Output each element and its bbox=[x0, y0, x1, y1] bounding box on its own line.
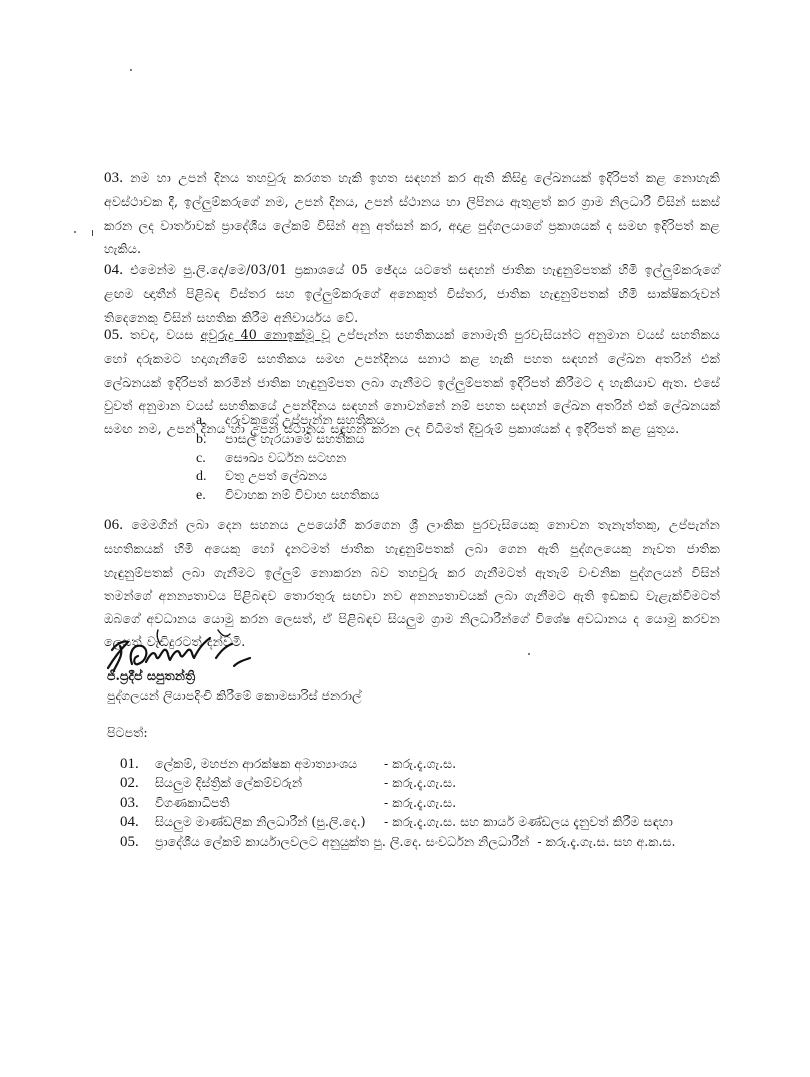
list-text: විවාහක නම් විවාහ සහතිකය bbox=[225, 487, 379, 502]
accepted-documents-list: a.දරුවකුගේ උප්පැන්න සහතිකය b.පාසල් හැරයා… bbox=[196, 411, 385, 505]
copy-recipient-row: 05.ප්‍රාදේශීය ලේකම් කාර්යාලවලට අනුයුක්ත … bbox=[120, 832, 676, 851]
paragraph-03: 03. නම හා උපන් දිනය තහවුරු කරගත හැකි ඉහත… bbox=[104, 166, 720, 260]
paragraph-number: 04. bbox=[104, 262, 123, 278]
copy-recipient: ලේකම්, මහජන ආරක්ෂක අමාත්‍යාංශය bbox=[155, 754, 357, 773]
underlined-age-condition: අවුරුදු 40 නොඉක්මූ වූ bbox=[200, 327, 330, 342]
signer-title: පුද්ගලයන් ලියාපදිංචි කිරීමේ කොමසාරිස් ජන… bbox=[107, 688, 362, 704]
list-item: e.විවාහක නම් විවාහ සහතිකය bbox=[196, 486, 385, 505]
signer-name: ජී.ප්‍රදීප් සපුතන්ත්‍රි bbox=[107, 668, 195, 684]
copy-number: 04. bbox=[120, 813, 155, 832]
paragraph-number: 05. bbox=[104, 327, 123, 343]
list-letter: e. bbox=[196, 487, 225, 506]
list-text: වතු උපත් ලේඛනය bbox=[225, 468, 327, 483]
paragraph-number: 03. bbox=[104, 170, 123, 186]
copy-action: - කරු.දැ.ගැ.ස. bbox=[384, 773, 456, 792]
copy-action: - කරු.දැ.ගැ.ස. bbox=[384, 793, 456, 812]
copy-recipient: ප්‍රාදේශීය ලේකම් කාර්යාලවලට අනුයුක්ත පු.… bbox=[155, 832, 529, 851]
copy-number: 02. bbox=[120, 774, 155, 793]
copy-number: 01. bbox=[120, 755, 155, 774]
paragraph-text: එමෙන්ම පු.ලි.දෙ/මෙ/03/01 ප්‍රකාශයේ 05 ඡේ… bbox=[104, 262, 720, 325]
list-letter: d. bbox=[196, 468, 225, 487]
copy-recipient-row: 03.විගණකාධිපති - කරු.දැ.ගැ.ස. bbox=[120, 793, 676, 812]
copy-action: - කරු.දැ.ගැ.ස. සහ අ.ක.ස. bbox=[537, 834, 675, 849]
list-text: පාසල් හැරයාමේ සහතිකය bbox=[225, 431, 365, 446]
scan-speck bbox=[74, 231, 76, 233]
list-item: b.පාසල් හැරයාමේ සහතිකය bbox=[196, 430, 385, 449]
paragraph-text: නම හා උපන් දිනය තහවුරු කරගත හැකි ඉහත සඳහ… bbox=[104, 170, 720, 256]
scan-speck bbox=[130, 69, 132, 71]
list-letter: a. bbox=[196, 412, 225, 431]
copy-recipient: සියලුම මාණ්ඩලික නිලධාරීන් (පු.ලි.දෙ.) bbox=[155, 812, 366, 831]
copies-heading: පිටපත්: bbox=[107, 725, 148, 741]
scan-mark bbox=[92, 230, 93, 236]
list-item: a.දරුවකුගේ උප්පැන්න සහතිකය bbox=[196, 411, 385, 430]
copy-recipient-row: 04.සියලුම මාණ්ඩලික නිලධාරීන් (පු.ලි.දෙ.)… bbox=[120, 812, 676, 831]
paragraph-number: 06. bbox=[104, 517, 123, 533]
copies-list: 01.ලේකම්, මහජන ආරක්ෂක අමාත්‍යාංශය - කරු.… bbox=[120, 754, 676, 851]
copy-recipient-row: 01.ලේකම්, මහජන ආරක්ෂක අමාත්‍යාංශය - කරු.… bbox=[120, 754, 676, 773]
scanned-letter-page: 03. නම හා උපන් දිනය තහවුරු කරගත හැකි ඉහත… bbox=[0, 0, 810, 1077]
list-letter: b. bbox=[196, 431, 225, 450]
copy-recipient: විගණකාධිපති bbox=[155, 793, 230, 812]
copy-action: - කරු.දැ.ගැ.ස. bbox=[384, 754, 456, 773]
copy-number: 05. bbox=[120, 833, 155, 852]
copy-action: - කරු.දැ.ගැ.ස. සහ කාර්ය මණ්ඩලය දැනුවත් ක… bbox=[384, 812, 673, 831]
list-item: c.සෞඛ්‍ය වර්ධන සටහන bbox=[196, 449, 385, 468]
list-text: සෞඛ්‍ය වර්ධන සටහන bbox=[225, 450, 346, 465]
copy-recipient-row: 02.සියලුම දිස්ත්‍රික් ලේකම්වරුන් - කරු.ද… bbox=[120, 773, 676, 792]
copy-number: 03. bbox=[120, 794, 155, 813]
paragraph-text-start: තවද, වයස bbox=[130, 327, 201, 342]
copy-recipient: සියලුම දිස්ත්‍රික් ලේකම්වරුන් bbox=[155, 773, 302, 792]
list-item: d.වතු උපත් ලේඛනය bbox=[196, 467, 385, 486]
list-text: දරුවකුගේ උප්පැන්න සහතිකය bbox=[225, 412, 385, 427]
list-letter: c. bbox=[196, 450, 225, 469]
paragraph-04: 04. එමෙන්ම පු.ලි.දෙ/මෙ/03/01 ප්‍රකාශයේ 0… bbox=[104, 258, 720, 329]
